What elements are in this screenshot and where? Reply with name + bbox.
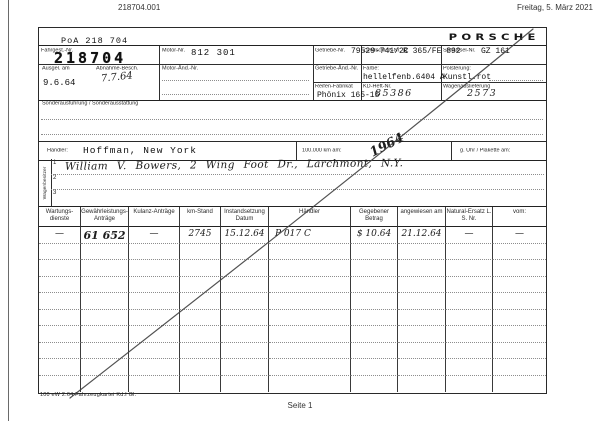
owner-row-3-number: 3	[53, 190, 56, 196]
col-header-instandsetzung: Instandsetzung Datum	[221, 207, 269, 227]
owner-name-address: William V. Bowers, 2 Wing Foot Dr., Larc…	[65, 157, 403, 173]
col-header-wartungsdienste: Wartungs-dienste	[39, 207, 81, 227]
delivered-label: Ausgel. am	[42, 66, 70, 72]
delivered-value: 9.6.64	[43, 78, 75, 88]
scan-edge-line	[8, 0, 9, 421]
cell-gewaehrleistung: 61 652	[81, 227, 129, 244]
tires-value: Phönix 165-15	[317, 91, 379, 100]
special-equipment-section: Sonderausführung / Sonderausstattung	[39, 99, 546, 141]
owner-vertical-label: Wagenbesitzer	[42, 163, 47, 203]
service-table: Wartungs-dienste Gewährleistungs-Anträge…	[39, 206, 546, 392]
cell-wartungsdienste: —	[39, 227, 81, 244]
service-table-row-1: — 61 652 — 2745 15.12.64 P 017 C $ 10.64…	[39, 227, 546, 244]
service-table-header: Wartungs-dienste Gewährleistungs-Anträge…	[39, 207, 546, 227]
acceptance-value: 7.7.64	[101, 70, 134, 84]
service-table-empty-row	[39, 260, 546, 277]
document-reference: 218704.001	[118, 3, 160, 12]
col-header-km-stand: km-Stand	[180, 207, 221, 227]
service-table-empty-rows	[39, 244, 546, 393]
col-header-natural-ersatz: Natural-Ersatz L. S. Nr.	[446, 207, 493, 227]
print-date: Freitag, 5. März 2021	[517, 3, 593, 12]
service-table-empty-row	[39, 359, 546, 376]
owner-row-1: 1 William V. Bowers, 2 Wing Foot Dr., La…	[51, 159, 544, 175]
gearbox-label: Getriebe-Nr.	[315, 48, 345, 54]
delivery-value: 2573	[467, 88, 497, 99]
color-value: hellelfenb.6404 A	[363, 73, 445, 82]
service-book-value: 85386	[375, 88, 413, 99]
upholstery-value: Kunstl.rot	[443, 73, 491, 82]
service-table-empty-row	[39, 277, 546, 294]
cell-natural-ersatz: —	[446, 227, 493, 244]
dealer-value: Hoffman, New York	[83, 145, 197, 156]
special-equipment-label: Sonderausführung / Sonderausstattung	[42, 101, 138, 107]
motor-value: 812 301	[191, 48, 236, 58]
header-fields-block: Fahrgest.-Nr. 218704 Ausgel. am Abnahme-…	[39, 45, 546, 101]
cell-kulanz: —	[129, 227, 180, 244]
document-scan-page: 218704.001 Freitag, 5. März 2021 PORSCHE…	[0, 0, 600, 421]
service-table-empty-row	[39, 244, 546, 261]
ignition-lock-value: R 365/FE 892	[403, 47, 461, 56]
page-number: Seite 1	[0, 401, 600, 410]
motor-mod-label: Motor-Änd.-Nr.	[162, 66, 198, 72]
owner-row-3: 3	[51, 189, 544, 204]
cell-vom: —	[493, 227, 546, 244]
col-header-gewaehrleistung: Gewährleistungs-Anträge	[81, 207, 129, 227]
field-chassis-cell: Fahrgest.-Nr. 218704 Ausgel. am Abnahme-…	[39, 46, 160, 100]
clock-badge-label: g. Uhr / Plakette am:	[460, 148, 510, 154]
key-number-value: GZ 161	[481, 47, 510, 56]
service-table-empty-row	[39, 310, 546, 327]
service-table-empty-row	[39, 343, 546, 360]
owner-row-1-number: 1	[53, 160, 56, 166]
cell-angewiesen: 21.12.64	[398, 227, 446, 244]
cell-haendler: P 017 C	[269, 227, 351, 244]
service-table-empty-row	[39, 376, 546, 393]
field-motor-cell: Motor-Nr. 812 301 Motor-Änd.-Nr.	[159, 46, 314, 100]
km-100000-label: 100.000 km am:	[302, 148, 342, 154]
col-header-vom: vom:	[493, 207, 546, 227]
col-header-kulanz: Kulanz-Anträge	[129, 207, 180, 227]
service-table-empty-row	[39, 293, 546, 310]
gearbox-mod-label: Getriebe-Änd.-Nr.	[315, 66, 358, 72]
cell-instandsetzung: 15.12.64	[221, 227, 269, 244]
owner-row-2: 2	[51, 174, 544, 190]
owner-row-2-number: 2	[53, 175, 56, 181]
owner-section: Wagenbesitzer 1 William V. Bowers, 2 Win…	[39, 159, 546, 206]
upholstery-label: Polsterung:	[443, 66, 471, 72]
porsche-logo: PORSCHE	[449, 32, 540, 42]
cell-betrag: $ 10.64	[351, 227, 398, 244]
col-header-haendler: Händler	[269, 207, 351, 227]
color-label: Farbe:	[363, 66, 379, 72]
cell-km-stand: 2745	[180, 227, 221, 244]
service-table-empty-row	[39, 326, 546, 343]
motor-label: Motor-Nr.	[162, 48, 185, 54]
col-header-angewiesen: angewiesen am	[398, 207, 446, 227]
field-gearbox-cell: Getriebe-Nr. 79529-741/2C Getriebe-Änd.-…	[313, 46, 362, 100]
form-imprint: 100 eW 2.64 Fahrzeugkartei Kd.I Gl.	[40, 392, 136, 398]
tires-label: Reifen-Fabrikat	[315, 84, 353, 90]
kardex-card: PORSCHE PoA 218 704 Fahrgest.-Nr. 218704…	[38, 27, 547, 394]
gearbox-value: 79529-741/2C	[351, 47, 409, 56]
dealer-label: Händler:	[47, 148, 68, 154]
col-header-betrag: Gegebener Betrag	[351, 207, 398, 227]
